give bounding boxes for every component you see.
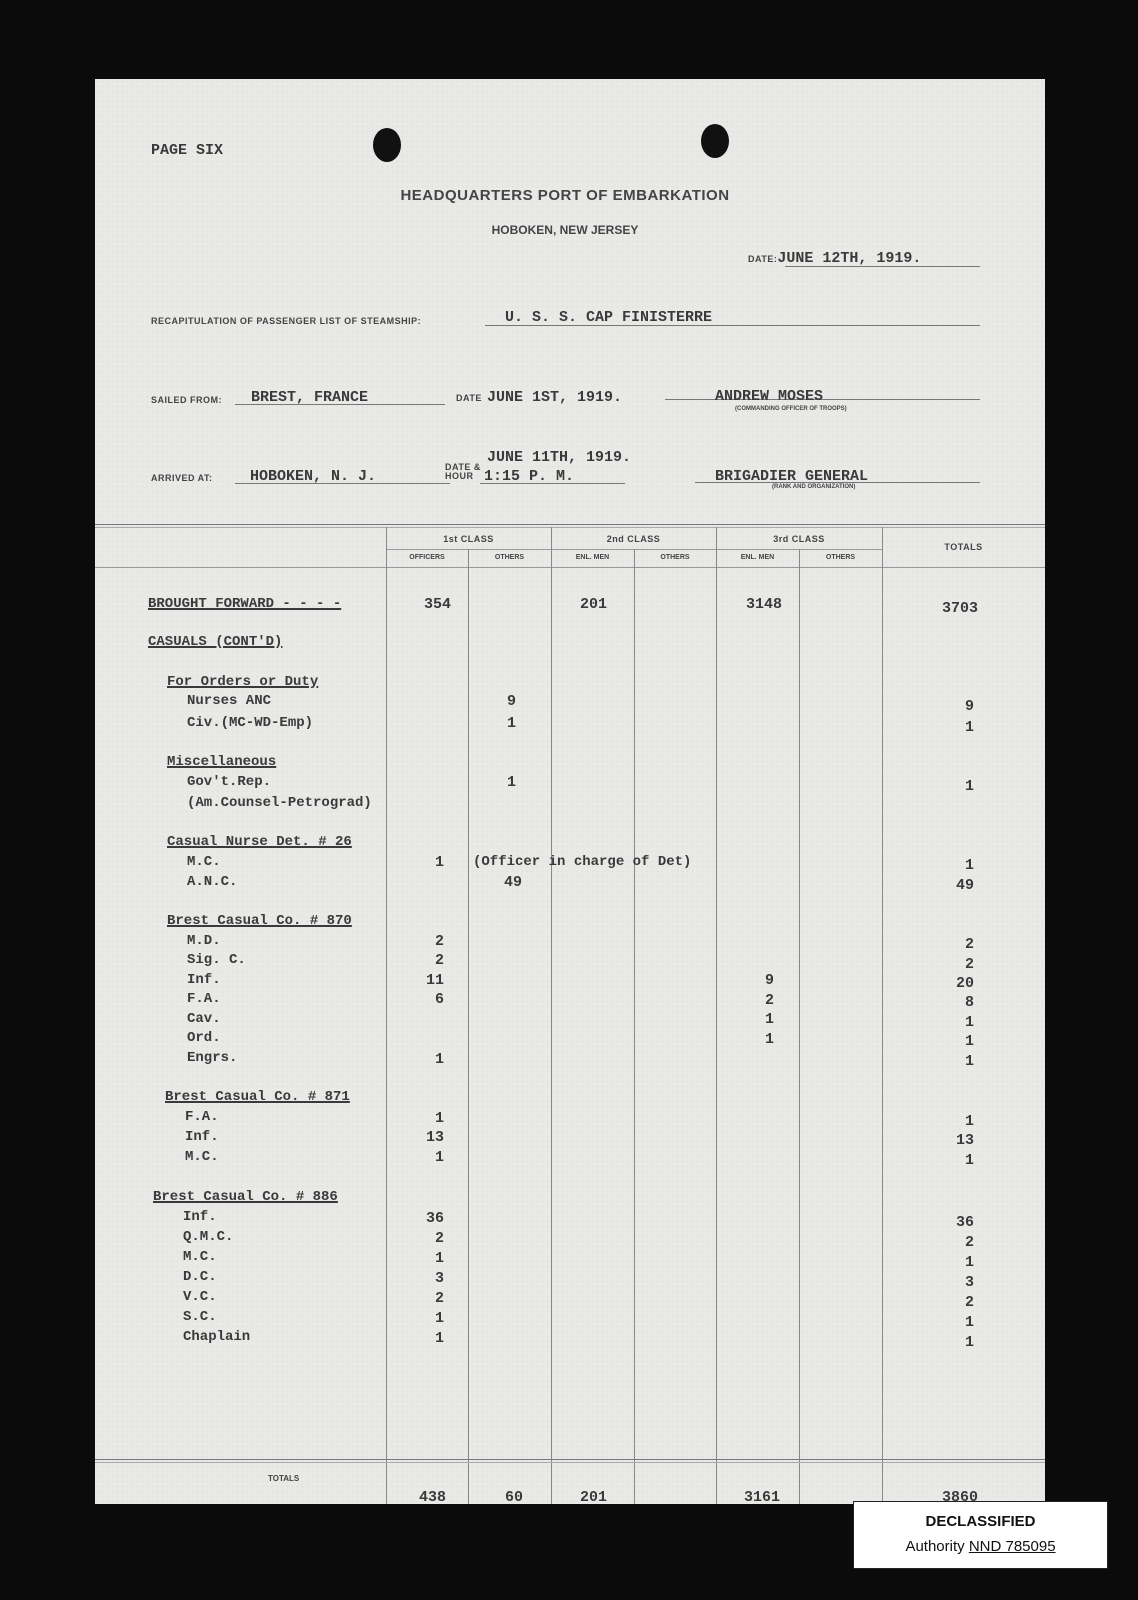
subheader-others-3: OTHERS <box>799 554 882 561</box>
col-line-3 <box>551 527 552 1504</box>
header-date: DATE:JUNE 12TH, 1919. <box>748 249 921 267</box>
col-line-4 <box>634 549 635 1504</box>
row-officers: 1 <box>386 1149 444 1166</box>
row-label: D.C. <box>183 1269 217 1285</box>
subheader-others-1: OTHERS <box>468 554 551 561</box>
brought-forward-label: BROUGHT FORWARD - - - - <box>148 596 341 612</box>
totals-enl3: 3161 <box>716 1489 780 1506</box>
row-label: F.A. <box>185 1109 219 1125</box>
totals-label: TOTALS <box>268 1474 299 1483</box>
totals-rule <box>95 1459 1045 1460</box>
class-header-2: 2nd CLASS <box>551 534 716 544</box>
row-officers: 1 <box>386 1250 444 1267</box>
group-title: Brest Casual Co. # 886 <box>153 1189 338 1205</box>
row-enl3: 1 <box>716 1031 774 1048</box>
row-officers: 2 <box>386 1290 444 1307</box>
totals-enl2: 201 <box>551 1489 607 1506</box>
authority-label: Authority <box>905 1538 964 1555</box>
row-label: Chaplain <box>183 1329 250 1345</box>
row-total: 1 <box>882 1152 974 1169</box>
date-hour-label: DATE & HOUR <box>445 463 481 481</box>
row-officers: 13 <box>386 1129 444 1146</box>
row-total: 1 <box>882 1053 974 1070</box>
row-total: 1 <box>882 1254 974 1271</box>
row-label: Ord. <box>187 1030 221 1046</box>
row-officers: 2 <box>386 1230 444 1247</box>
row-label: M.D. <box>187 933 221 949</box>
group-title: Casual Nurse Det. # 26 <box>167 834 352 850</box>
section-title: CASUALS (CONT'D) <box>148 634 282 650</box>
bf-total: 3703 <box>882 600 978 617</box>
commanding-officer: ANDREW MOSES <box>715 388 823 405</box>
header-subtitle: HOBOKEN, NEW JERSEY <box>95 223 1035 237</box>
row-officers: 1 <box>386 1051 444 1068</box>
row-label: F.A. <box>187 991 221 1007</box>
row-total: 3 <box>882 1274 974 1291</box>
subheader-officers: OFFICERS <box>386 554 468 561</box>
row-others1: 1 <box>468 774 516 791</box>
row-enl3: 2 <box>716 992 774 1009</box>
row-label: Sig. C. <box>187 952 246 968</box>
row-total: 2 <box>882 956 974 973</box>
rank-underline <box>695 482 980 483</box>
declassified-authority: Authority NND 785095 <box>854 1538 1107 1555</box>
row-officers: 1 <box>386 1330 444 1347</box>
page-label: PAGE SIX <box>151 142 223 159</box>
document-page: PAGE SIX HEADQUARTERS PORT OF EMBARKATIO… <box>95 79 1045 1504</box>
subheader-divider <box>95 567 1045 568</box>
row-label: M.C. <box>187 854 221 870</box>
date-underline <box>785 266 980 267</box>
declassified-title: DECLASSIFIED <box>854 1513 1107 1530</box>
row-total: 1 <box>882 1334 974 1351</box>
subheader-enl-3: ENL. MEN <box>716 554 799 561</box>
totals-rule-2 <box>95 1462 1045 1463</box>
group-title: Brest Casual Co. # 870 <box>167 913 352 929</box>
row-label: V.C. <box>183 1289 217 1305</box>
row-label: Inf. <box>183 1209 217 1225</box>
row-officers: 1 <box>386 854 444 871</box>
row-officers: 1 <box>386 1110 444 1127</box>
row-note: (Officer in charge of Det) <box>473 854 691 870</box>
row-label: A.N.C. <box>187 874 237 890</box>
row-label: Inf. <box>185 1129 219 1145</box>
row-total: 20 <box>882 975 974 992</box>
date-value: JUNE 12TH, 1919. <box>777 250 921 267</box>
steamship-underline <box>485 325 980 326</box>
arrived-underline <box>235 483 450 484</box>
sailed-underline <box>235 404 445 405</box>
row-label: Gov't.Rep. <box>187 774 271 790</box>
subheader-enl-2: ENL. MEN <box>551 554 634 561</box>
hour-underline <box>480 483 625 484</box>
row-total: 36 <box>882 1214 974 1231</box>
bf-enl3: 3148 <box>716 596 782 613</box>
row-officers: 2 <box>386 952 444 969</box>
declassified-stamp: DECLASSIFIED Authority NND 785095 <box>853 1501 1108 1569</box>
row-total: 49 <box>882 877 974 894</box>
row-label: Engrs. <box>187 1050 237 1066</box>
row-officers: 6 <box>386 991 444 1008</box>
sailed-from-label: SAILED FROM: <box>151 395 222 405</box>
table-top-rule <box>95 524 1045 525</box>
row-total: 2 <box>882 1294 974 1311</box>
sailed-date-label: DATE <box>456 393 482 403</box>
group-title: Miscellaneous <box>167 754 276 770</box>
row-officers: 2 <box>386 933 444 950</box>
row-others1: 1 <box>468 715 516 732</box>
punch-hole-left <box>373 128 401 162</box>
steamship-name: U. S. S. CAP FINISTERRE <box>505 309 712 326</box>
group-title: Brest Casual Co. # 871 <box>165 1089 350 1105</box>
row-total: 1 <box>882 1314 974 1331</box>
bf-enl2: 201 <box>551 596 607 613</box>
row-total: 1 <box>882 1033 974 1050</box>
punch-hole-right <box>701 124 729 158</box>
row-total: 1 <box>882 1113 974 1130</box>
sailed-date-value: JUNE 1ST, 1919. <box>487 389 622 406</box>
row-others1: 9 <box>468 693 516 710</box>
totals-officers: 438 <box>386 1489 446 1506</box>
authority-number: NND 785095 <box>969 1538 1056 1555</box>
row-total: 1 <box>882 778 974 795</box>
row-total: 2 <box>882 936 974 953</box>
row-enl3: 9 <box>716 972 774 989</box>
row-officers: 3 <box>386 1270 444 1287</box>
col-line-6 <box>799 549 800 1504</box>
row-label: M.C. <box>185 1149 219 1165</box>
row-label: (Am.Counsel-Petrograd) <box>187 795 372 811</box>
row-label: M.C. <box>183 1249 217 1265</box>
totals-header: TOTALS <box>882 542 1045 552</box>
class-header-1: 1st CLASS <box>386 534 551 544</box>
row-total: 1 <box>882 857 974 874</box>
row-total: 2 <box>882 1234 974 1251</box>
row-total: 13 <box>882 1132 974 1149</box>
group-title: For Orders or Duty <box>167 674 318 690</box>
row-label: Q.M.C. <box>183 1229 233 1245</box>
row-label: Cav. <box>187 1011 221 1027</box>
row-total: 1 <box>882 719 974 736</box>
rank-caption: (RANK AND ORGANIZATION) <box>772 484 855 490</box>
recap-label: RECAPITULATION OF PASSENGER LIST OF STEA… <box>151 316 421 326</box>
col-line-1 <box>386 527 387 1504</box>
header-title: HEADQUARTERS PORT OF EMBARKATION <box>95 187 1035 204</box>
class-header-3: 3rd CLASS <box>716 534 882 544</box>
row-label: S.C. <box>183 1309 217 1325</box>
totals-others1: 60 <box>468 1489 523 1506</box>
bf-officers: 354 <box>386 596 451 613</box>
row-label: Nurses ANC <box>187 693 271 709</box>
row-label: Inf. <box>187 972 221 988</box>
subheader-others-2: OTHERS <box>634 554 716 561</box>
arrived-at-label: ARRIVED AT: <box>151 473 213 483</box>
arrived-date: JUNE 11TH, 1919. <box>487 449 631 466</box>
row-enl3: 1 <box>716 1011 774 1028</box>
row-officers: 1 <box>386 1310 444 1327</box>
hour-label-line: HOUR <box>445 472 481 481</box>
row-officers: 36 <box>386 1210 444 1227</box>
row-total: 9 <box>882 698 974 715</box>
row-total: 8 <box>882 994 974 1011</box>
row-officers: 11 <box>386 972 444 989</box>
row-label: Civ.(MC-WD-Emp) <box>187 715 313 731</box>
date-label: DATE: <box>748 254 777 264</box>
row-others1: 49 <box>468 874 522 891</box>
table-top-rule-2 <box>95 527 1045 528</box>
co-caption: (COMMANDING OFFICER OF TROOPS) <box>735 406 847 412</box>
row-total: 1 <box>882 1014 974 1031</box>
